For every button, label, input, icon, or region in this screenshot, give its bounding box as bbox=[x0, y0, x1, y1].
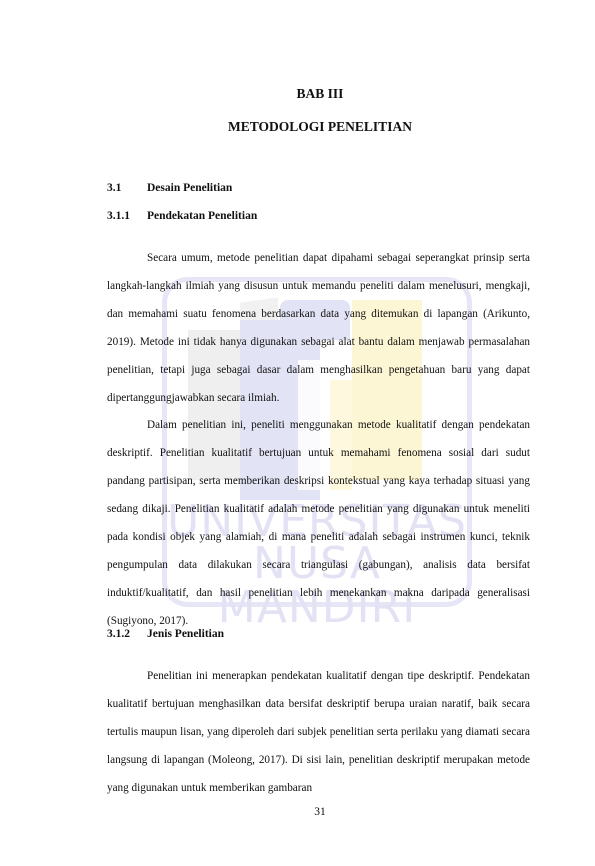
paragraph: Dalam penelitian ini, peneliti menggunak… bbox=[107, 411, 530, 635]
section-heading-3-1-2: 3.1.2Jenis Penelitian bbox=[107, 628, 224, 640]
page-number: 31 bbox=[0, 806, 595, 818]
section-title: Pendekatan Penelitian bbox=[147, 210, 257, 222]
paragraph: Penelitian ini menerapkan pendekatan kua… bbox=[107, 662, 530, 802]
paragraph: Secara umum, metode penelitian dapat dip… bbox=[107, 244, 530, 412]
section-heading-3-1-1: 3.1.1Pendekatan Penelitian bbox=[107, 210, 257, 222]
section-heading-3-1: 3.1Desain Penelitian bbox=[107, 182, 232, 194]
section-number: 3.1.1 bbox=[107, 210, 147, 222]
section-number: 3.1.2 bbox=[107, 628, 147, 640]
section-number: 3.1 bbox=[107, 182, 147, 194]
section-title: Jenis Penelitian bbox=[147, 628, 224, 640]
document-page: UNIVERSITAS NUSA MANDIRI BAB III METODOL… bbox=[0, 0, 595, 866]
chapter-label: BAB III bbox=[0, 86, 595, 102]
page-content: BAB III METODOLOGI PENELITIAN 3.1Desain … bbox=[0, 0, 595, 866]
chapter-title: METODOLOGI PENELITIAN bbox=[0, 119, 595, 135]
section-title: Desain Penelitian bbox=[147, 182, 232, 194]
